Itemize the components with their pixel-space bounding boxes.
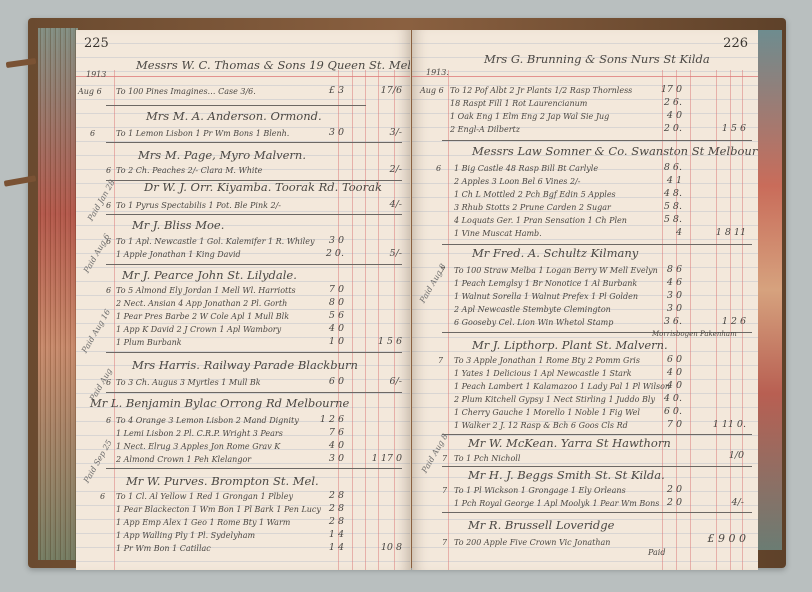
entry-line: To 100 Pines Imagines… Case 3/6. bbox=[116, 87, 256, 96]
entry-amount: 1 4 bbox=[314, 542, 344, 553]
entry-amount: 6 0 bbox=[314, 376, 344, 387]
entry-date: 7 bbox=[442, 486, 447, 495]
entry-amount: 5 8. bbox=[652, 214, 682, 225]
page-number: 225 bbox=[84, 36, 109, 51]
entry-note: Paid bbox=[648, 548, 665, 557]
entry-total: 3/- bbox=[366, 127, 402, 138]
entry-amount: 2 0. bbox=[314, 248, 344, 259]
entry-line: 1 Peach Lemglsy 1 Br Nonotice 1 Al Burba… bbox=[454, 279, 637, 288]
entry-amount: 4 0 bbox=[652, 367, 682, 378]
entry-line: To 1 Pyrus Spectabilis 1 Pot. Ble Pink 2… bbox=[116, 201, 281, 210]
ledger-page-right: 226 1913. Mrs G. Brunning & Sons Nurs St… bbox=[412, 30, 758, 570]
entry-line: 18 Raspt Fill 1 Rot Laurencianum bbox=[450, 99, 587, 108]
entry-total: £ 9 0 0 bbox=[690, 532, 746, 545]
entry-line: 1 Cherry Gauche 1 Morello 1 Noble 1 Fig … bbox=[454, 408, 640, 417]
entry-line: To 4 Orange 3 Lemon Lisbon 2 Mand Dignit… bbox=[116, 416, 299, 425]
entry-date: 6 bbox=[106, 416, 111, 425]
entry-line: 1 Peach Lambert 1 Kalamazoo 1 Lady Pal 1… bbox=[454, 382, 670, 391]
entry-line: 1 Vine Muscat Hamb. bbox=[454, 229, 542, 238]
entry-line: To 100 Straw Melba 1 Logan Berry W Mell … bbox=[454, 266, 658, 275]
entry-date: 6 bbox=[106, 201, 111, 210]
entry-line: 1 Apple Jonathan 1 King David bbox=[116, 250, 241, 259]
year: 1913. bbox=[426, 68, 449, 77]
entry-heading: Mrs M. Page, Myro Malvern. bbox=[138, 148, 306, 162]
entry-date: Aug 6 bbox=[78, 87, 102, 96]
entry-line: 1 Yates 1 Delicious 1 Apl Newcastle 1 St… bbox=[454, 369, 632, 378]
entry-line: 1 Plum Burbank bbox=[116, 338, 182, 347]
entry-amount: 3 0 bbox=[314, 453, 344, 464]
entry-line: To 12 Pof Albt 2 Jr Plants 1/2 Rasp Thor… bbox=[450, 86, 632, 95]
entry-line: 1 Walker 2 J. 12 Rasp & Bch 6 Goos Cls R… bbox=[454, 421, 628, 430]
entry-amount: 3 6. bbox=[652, 316, 682, 327]
entry-amount: 8 0 bbox=[314, 297, 344, 308]
entry-amount: 17 0 bbox=[652, 84, 682, 95]
entry-amount: 6 0 bbox=[652, 354, 682, 365]
entry-amount: 3 0 bbox=[314, 235, 344, 246]
entry-total: 4/- bbox=[366, 199, 402, 210]
entry-amount: 4 bbox=[652, 227, 682, 238]
entry-line: 4 Loquats Ger. 1 Pran Sensation 1 Ch Ple… bbox=[454, 216, 627, 225]
entry-date: 6 bbox=[106, 286, 111, 295]
entry-line: 1 App K David 2 J Crown 1 Apl Wambory bbox=[116, 325, 281, 334]
page-number: 226 bbox=[723, 36, 748, 51]
entry-line: 2 Nect. Ansian 4 App Jonathan 2 Pl. Gort… bbox=[116, 299, 287, 308]
entry-line: 2 Almond Crown 1 Peh Klelangor bbox=[116, 455, 251, 464]
entry-heading: Messrs W. C. Thomas & Sons 19 Queen St. … bbox=[136, 58, 411, 72]
entry-line: To 1 Cl. Al Yellow 1 Red 1 Grongan 1 Plb… bbox=[116, 492, 293, 501]
entry-line: 1 Walnut Sorella 1 Walnut Prefex 1 Pl Go… bbox=[454, 292, 638, 301]
entry-heading: Mr H. J. Beggs Smith St. St Kilda. bbox=[468, 468, 665, 482]
entry-amount: 1 4 bbox=[314, 529, 344, 540]
entry-amount: 4 8. bbox=[652, 188, 682, 199]
entry-amount: 2 0. bbox=[652, 123, 682, 134]
page-edges-right bbox=[758, 30, 782, 550]
entry-total: 1 5 6 bbox=[702, 123, 746, 134]
entry-amount: 4 0 bbox=[314, 440, 344, 451]
entry-amount: 7 0 bbox=[314, 284, 344, 295]
entry-amount: 4 1 bbox=[652, 175, 682, 186]
entry-line: 2 Apl Newcastle Stembyte Clemington bbox=[454, 305, 611, 314]
entry-line: To 1 Pch Nicholl bbox=[454, 454, 520, 463]
entry-line: To 1 Pl Wickson 1 Grongage 1 Ely Orleans bbox=[454, 486, 626, 495]
entry-line: To 2 Ch. Peaches 2/- Clara M. White bbox=[116, 166, 262, 175]
margin-note: Paid Aug 16 bbox=[80, 308, 112, 355]
entry-heading: Mr W. Purves. Brompton St. Mel. bbox=[126, 474, 319, 488]
entry-line: 1 App Emp Alex 1 Geo 1 Rome Bty 1 Warm bbox=[116, 518, 290, 527]
entry-amount: 1 0 bbox=[314, 336, 344, 347]
entry-total: 1 2 6 bbox=[696, 316, 746, 327]
entry-amount: 7 0 bbox=[652, 419, 682, 430]
entry-amount: 5 6 bbox=[314, 310, 344, 321]
entry-line: 3 Rhub Stotts 2 Prune Carden 2 Sugar bbox=[454, 203, 611, 212]
entry-line: To 3 Apple Jonathan 1 Rome Bty 2 Pomm Gr… bbox=[454, 356, 640, 365]
entry-line: 1 Nect. Elrug 3 Apples Jon Rome Grav K bbox=[116, 442, 280, 451]
entry-total: 1 17 0 bbox=[358, 453, 402, 464]
entry-date: 7 bbox=[438, 356, 443, 365]
entry-date: 6 bbox=[106, 166, 111, 175]
entry-date: Aug 6 bbox=[420, 86, 444, 95]
entry-total: 4/- bbox=[708, 497, 744, 508]
entry-amount: 2 8 bbox=[314, 490, 344, 501]
entry-total: 10 8 bbox=[366, 542, 402, 553]
ledger-page-left: 225 1913 Messrs W. C. Thomas & Sons 19 Q… bbox=[76, 30, 411, 570]
entry-date: 7 bbox=[440, 266, 445, 275]
entry-amount: 3 0 bbox=[652, 290, 682, 301]
entry-line: 1 Pear Pres Barbe 2 W Cole Apl 1 Mull Bl… bbox=[116, 312, 289, 321]
entry-amount: 3 0 bbox=[314, 127, 344, 138]
entry-total: 17/6 bbox=[366, 85, 402, 96]
entry-amount: 6 0. bbox=[652, 406, 682, 417]
entry-date: 6 bbox=[106, 237, 111, 246]
entry-line: 1 Pear Blackecton 1 Wm Bon 1 Pl Bark 1 P… bbox=[116, 505, 321, 514]
entry-line: To 1 Apl. Newcastle 1 Gol. Kalemifer 1 R… bbox=[116, 237, 314, 246]
entry-amount: 7 6 bbox=[314, 427, 344, 438]
entry-heading: Mr J. Bliss Moe. bbox=[132, 218, 224, 232]
entry-line: 1 Big Castle 48 Rasp Bill Bt Carlyle bbox=[454, 164, 598, 173]
entry-heading: Mrs Harris. Railway Parade Blackburn bbox=[132, 358, 358, 372]
margin-note: Paid Jan 28 bbox=[86, 178, 117, 222]
entry-heading: Mrs G. Brunning & Sons Nurs St Kilda bbox=[484, 52, 710, 66]
entry-total: 1 5 6 bbox=[358, 336, 402, 347]
entry-total: 5/- bbox=[366, 248, 402, 259]
entry-line: To 3 Ch. Augus 3 Myrtles 1 Mull Bk bbox=[116, 378, 261, 387]
entry-heading: Messrs Law Somner & Co. Swanston St Melb… bbox=[472, 144, 758, 158]
entry-heading: Mr L. Benjamin Bylac Orrong Rd Melbourne bbox=[90, 396, 349, 410]
entry-heading: Mrs M. A. Anderson. Ormond. bbox=[146, 109, 322, 123]
entry-amount: 4 0 bbox=[314, 323, 344, 334]
entry-date: 6 bbox=[100, 492, 105, 501]
entry-amount: 2 6. bbox=[652, 97, 682, 108]
entry-line: To 5 Almond Ely Jordan 1 Mell Wl. Harrio… bbox=[116, 286, 296, 295]
entry-amount: 8 6. bbox=[652, 162, 682, 173]
entry-total: 1 11 0. bbox=[696, 419, 746, 430]
entry-heading: Mr J. Pearce John St. Lilydale. bbox=[122, 268, 297, 282]
entry-line: 1 Ch L Mottled 2 Pch Bgf Edin 5 Apples bbox=[454, 190, 616, 199]
entry-heading: Mr Fred. A. Schultz Kilmany bbox=[472, 246, 638, 260]
entry-amount: 3 0 bbox=[652, 303, 682, 314]
entry-total: 2/- bbox=[366, 164, 402, 175]
entry-total: 1 8 11 bbox=[696, 227, 746, 238]
entry-line: 1 Pch Royal George 1 Apl Moolyk 1 Pear W… bbox=[454, 499, 659, 508]
entry-line: 2 Apples 3 Loon Bel 6 Vines 2/- bbox=[454, 177, 580, 186]
entry-line: 6 Gooseby Cel. Lion Win Whetol Stamp bbox=[454, 318, 613, 327]
entry-total: 1/0 bbox=[708, 450, 744, 461]
page-edges-left bbox=[38, 28, 78, 560]
entry-heading: Mr W. McKean. Yarra St Hawthorn bbox=[468, 436, 671, 450]
entry-line: To 200 Apple Five Crown Vic Jonathan bbox=[454, 538, 610, 547]
entry-amount: 4 0 bbox=[652, 380, 682, 391]
entry-date: 6 bbox=[90, 129, 95, 138]
entry-amount: 4 0. bbox=[652, 393, 682, 404]
year: 1913 bbox=[86, 70, 106, 79]
entry-amount: 4 0 bbox=[652, 110, 682, 121]
entry-amount: 2 0 bbox=[652, 484, 682, 495]
entry-note: Morrisbogen Pakenham bbox=[652, 330, 737, 338]
entry-date: 7 bbox=[442, 538, 447, 547]
entry-heading: Dr W. J. Orr. Kiyamba. Toorak Rd. Toorak bbox=[144, 180, 382, 194]
entry-line: 1 Pr Wm Bon 1 Catillac bbox=[116, 544, 211, 553]
margin-note: Paid Sep 25 bbox=[82, 438, 114, 484]
entry-line: 2 Engl-A Dilbertz bbox=[450, 125, 520, 134]
entry-heading: Mr R. Brussell Loveridge bbox=[468, 518, 614, 532]
entry-amount: 2 8 bbox=[314, 516, 344, 527]
entry-date: 7 bbox=[442, 454, 447, 463]
entry-amount: 8 6 bbox=[652, 264, 682, 275]
entry-line: 1 Lemi Lisbon 2 Pl. C.R.P. Wright 3 Pear… bbox=[116, 429, 283, 438]
entry-date: 6 bbox=[436, 164, 441, 173]
entry-line: 1 Oak Eng 1 Elm Eng 2 Jap Wal Sie Jug bbox=[450, 112, 609, 121]
entry-date: 6 bbox=[106, 378, 111, 387]
entry-amount: 5 8. bbox=[652, 201, 682, 212]
entry-amount: 2 0 bbox=[652, 497, 682, 508]
entry-line: 2 Plum Kitchell Gypsy 1 Nect Stirling 1 … bbox=[454, 395, 655, 404]
entry-amount: 4 6 bbox=[652, 277, 682, 288]
entry-amount: £ 3 bbox=[308, 85, 344, 96]
entry-total: 6/- bbox=[366, 376, 402, 387]
entry-line: 1 App Walling Ply 1 Pl. Sydelyham bbox=[116, 531, 255, 540]
entry-amount: 2 8 bbox=[314, 503, 344, 514]
entry-amount: 1 2 6 bbox=[302, 414, 344, 425]
entry-line: To 1 Lemon Lisbon 1 Pr Wm Bons 1 Blenh. bbox=[116, 129, 289, 138]
entry-heading: Mr J. Lipthorp. Plant St. Malvern. bbox=[472, 338, 668, 352]
